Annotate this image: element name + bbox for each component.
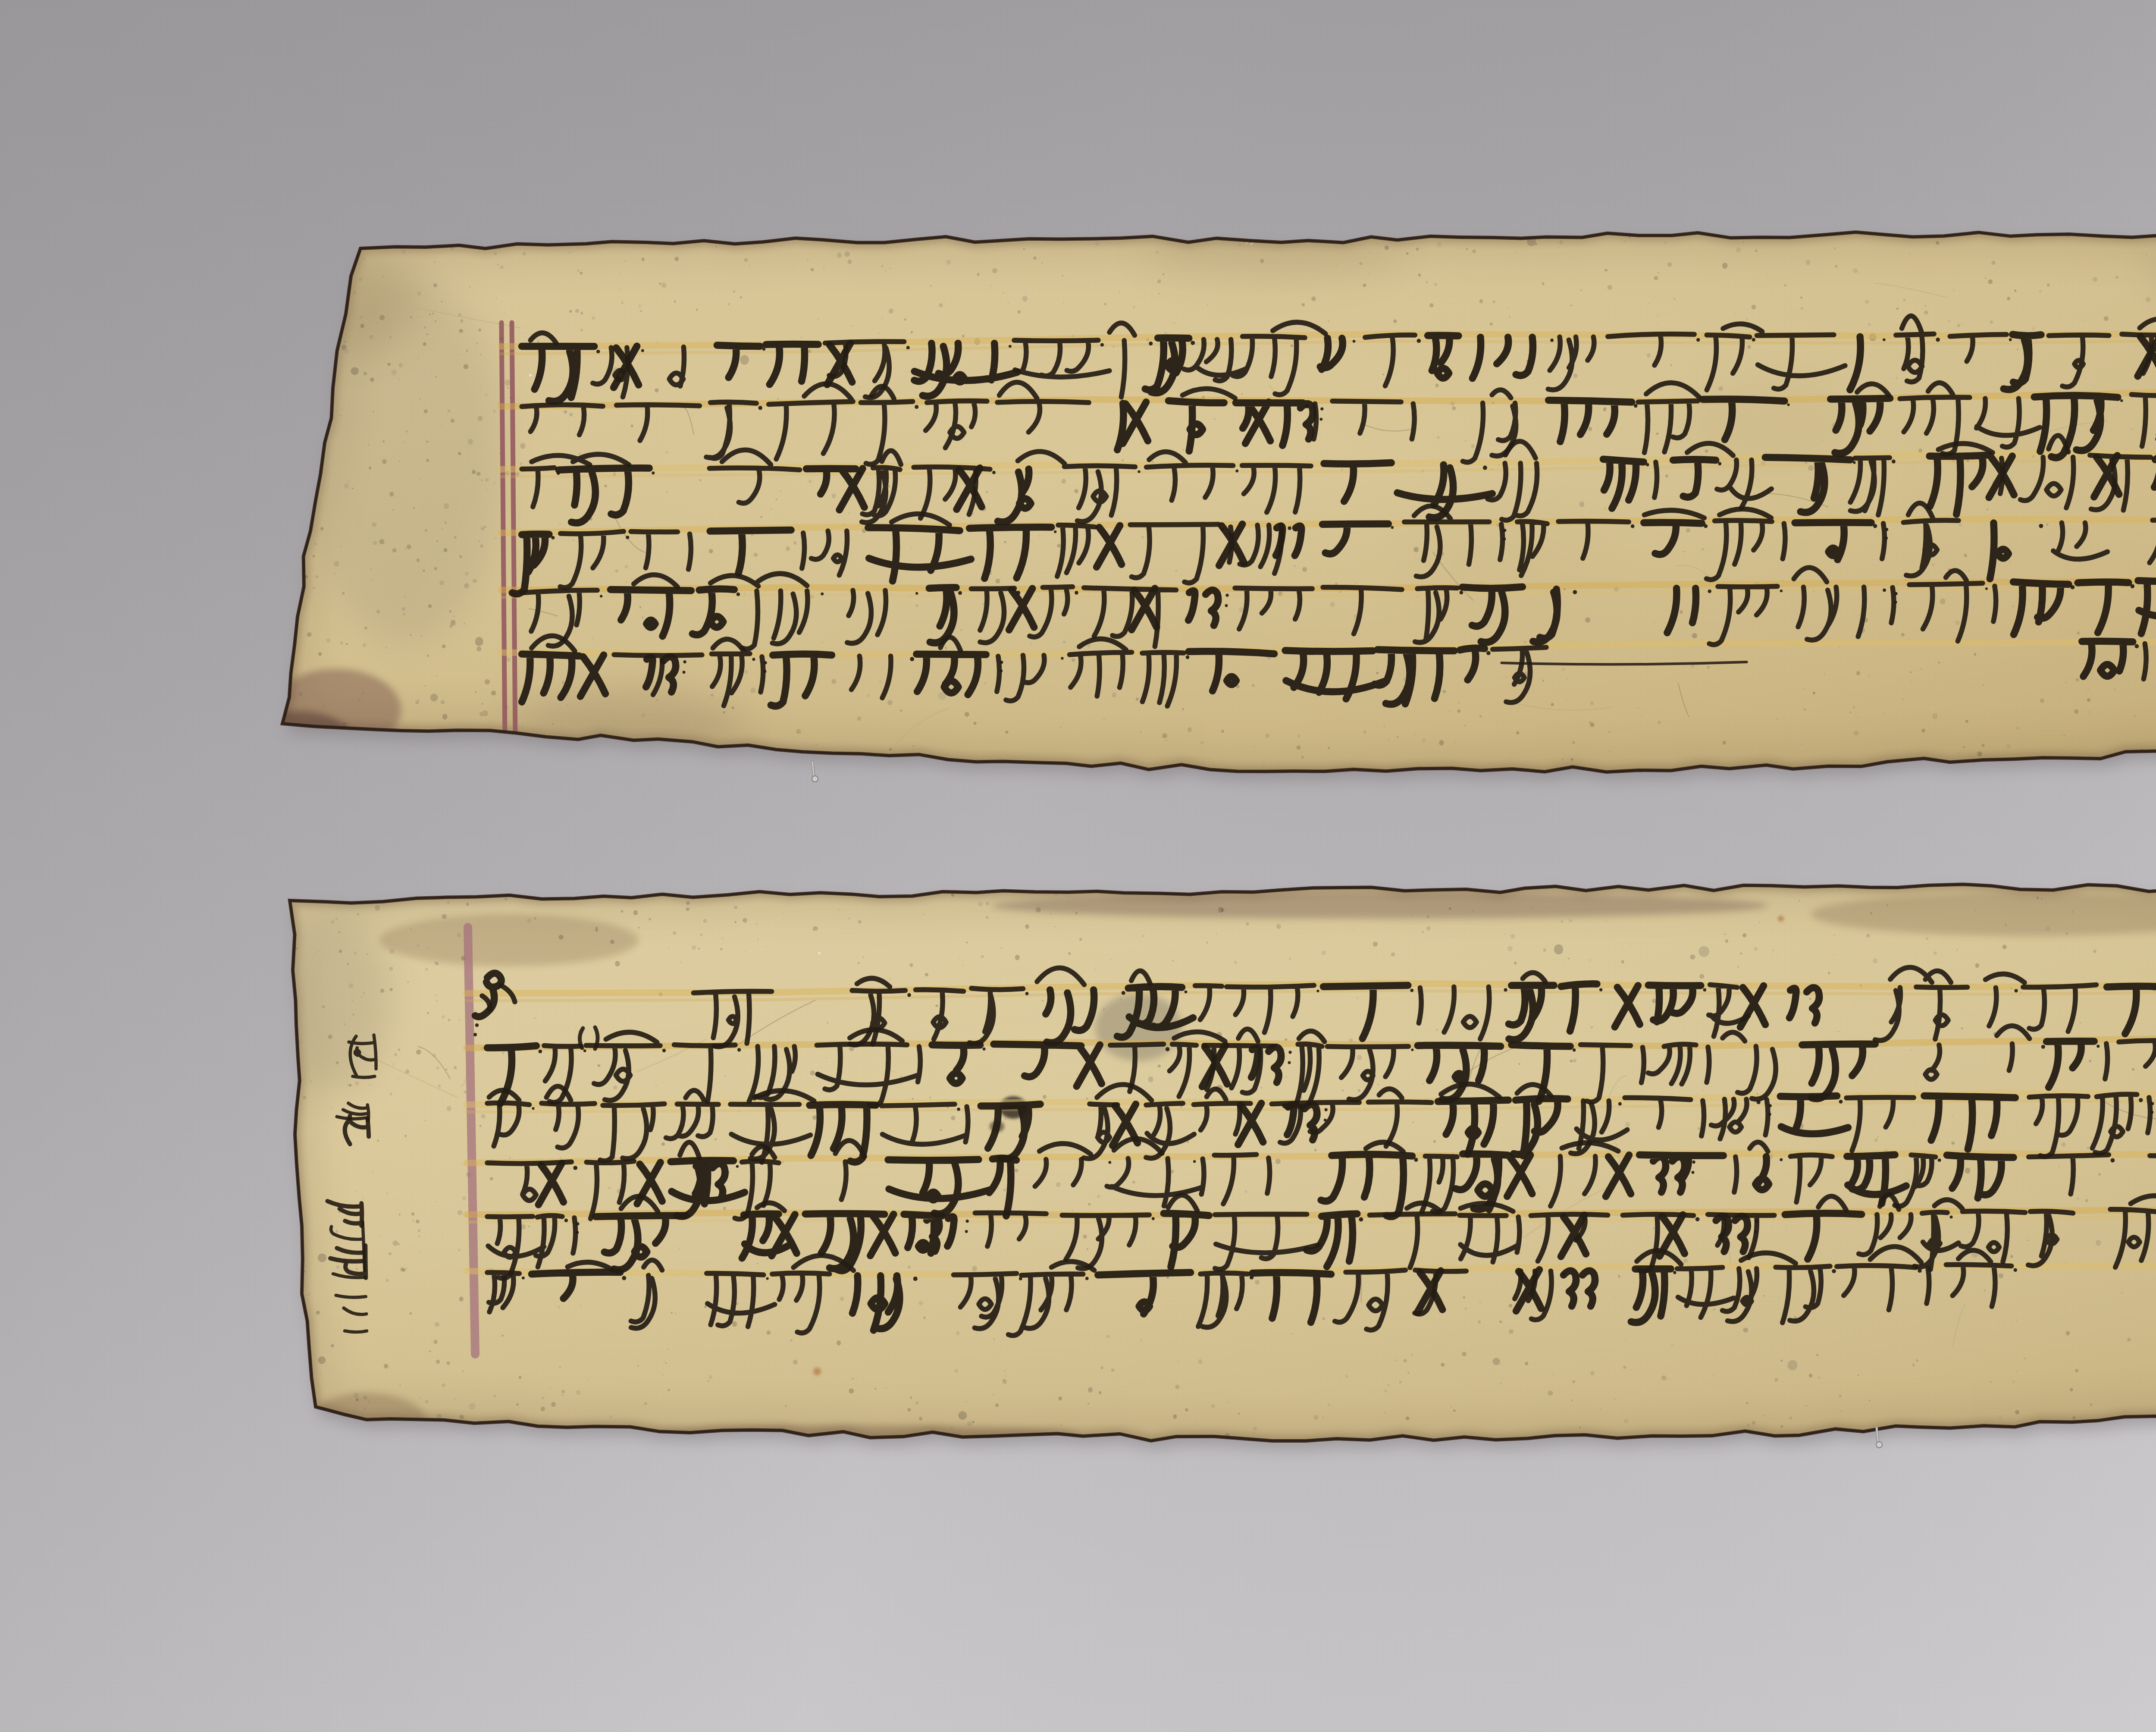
manuscript-photo	[0, 0, 2156, 1732]
manuscript-photo-stage	[0, 0, 2156, 1732]
lower-manuscript-leaf	[276, 875, 2156, 1453]
upper-manuscript-leaf	[243, 181, 2156, 780]
